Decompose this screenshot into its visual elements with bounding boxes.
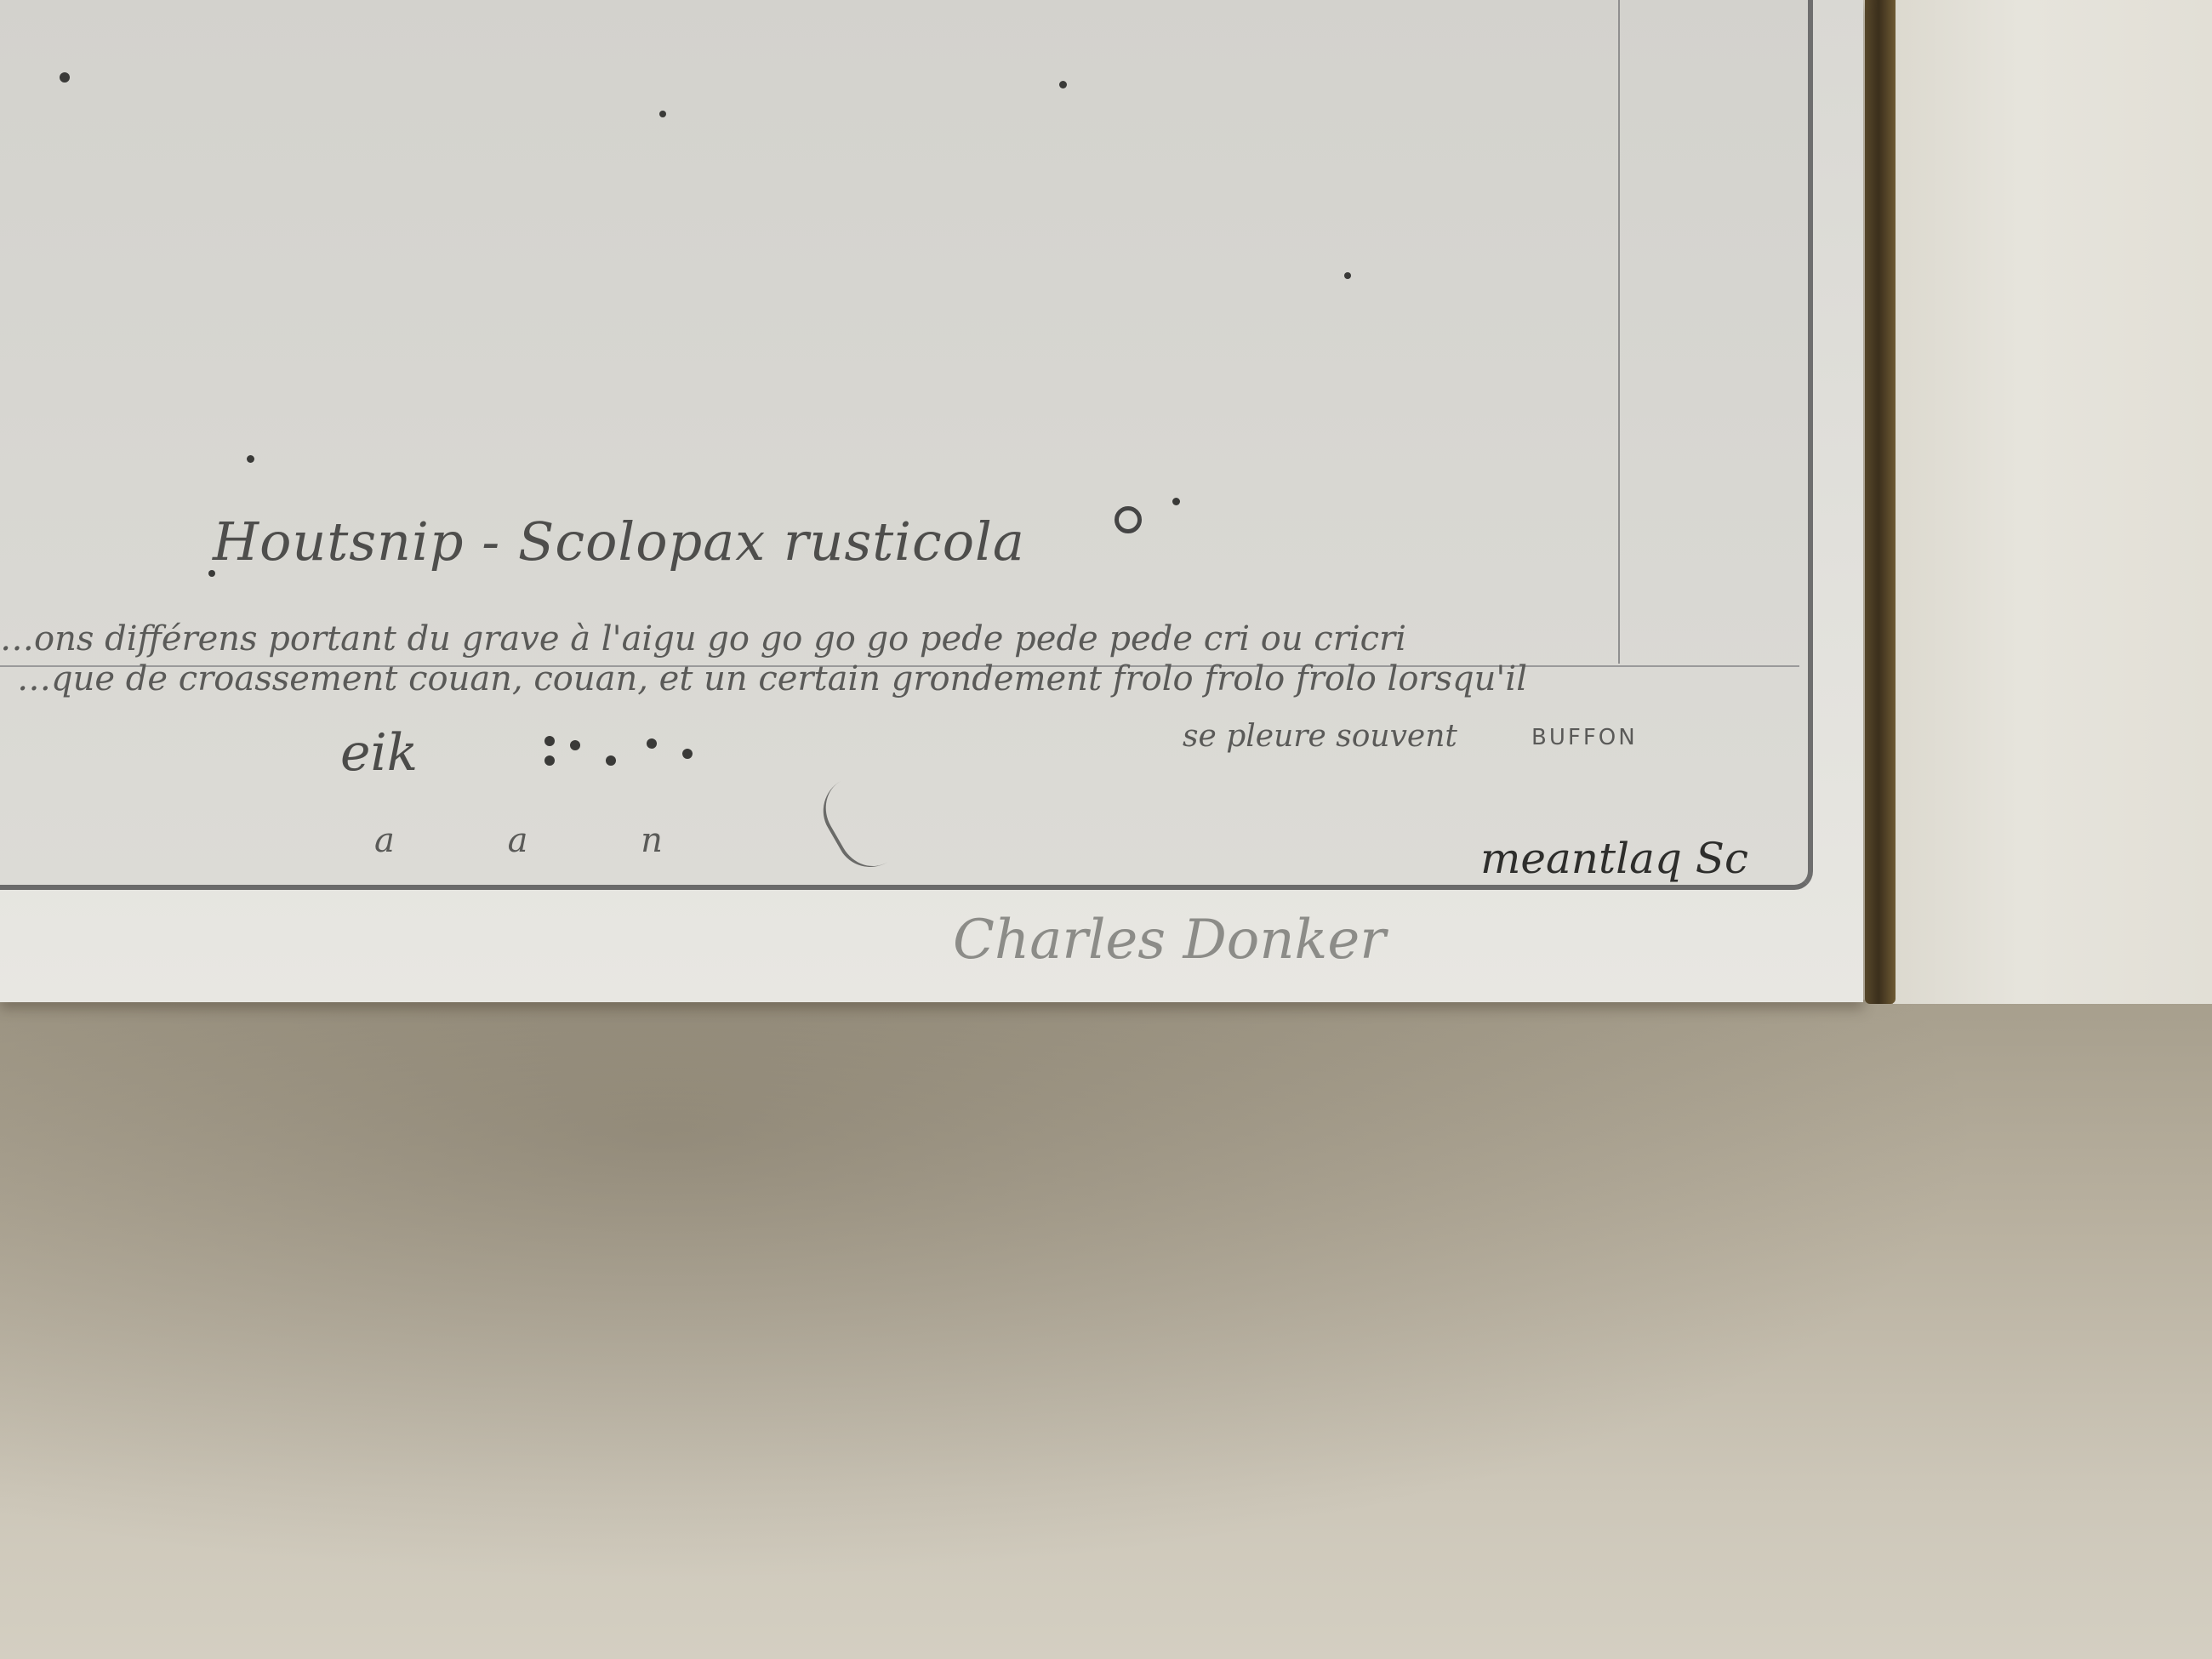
plate-mark — [0, 0, 1813, 890]
ink-speck — [247, 455, 254, 463]
bird-call-notes: a a n — [374, 821, 714, 860]
mat-board-lower — [0, 1000, 2212, 1659]
description-line-1: …ons différens portant du grave à l'aigu… — [0, 619, 1406, 658]
ink-speck — [1059, 81, 1067, 88]
call-dot — [544, 755, 555, 766]
frame-edge — [1865, 0, 1896, 1004]
artist-signature: Charles Donker — [953, 909, 1386, 972]
call-dot — [570, 740, 580, 750]
engraver-mark: meantlaq Sc — [1480, 834, 1748, 883]
call-dot — [682, 749, 693, 759]
image-border-vertical — [1618, 0, 1620, 664]
etching-paper: Houtsnip - Scolopax rusticola …ons diffé… — [0, 0, 1863, 1002]
ink-speck — [659, 111, 666, 117]
call-dot — [544, 736, 555, 746]
call-dot — [606, 755, 616, 766]
species-title: Houtsnip - Scolopax rusticola — [213, 510, 1025, 573]
description-line-3: se pleure souvent — [1183, 719, 1457, 754]
call-dot — [647, 738, 657, 749]
ink-speck — [1344, 272, 1351, 279]
ink-speck — [60, 72, 70, 83]
description-line-2: …que de croassement couan, couan, et un … — [17, 659, 1527, 698]
ink-speck — [1172, 498, 1180, 505]
source-credit: BUFFON — [1531, 725, 1638, 750]
mat-board-right — [1893, 0, 2212, 1004]
bird-sketch-mark — [1115, 506, 1142, 533]
bird-call-text: eik — [340, 723, 418, 783]
